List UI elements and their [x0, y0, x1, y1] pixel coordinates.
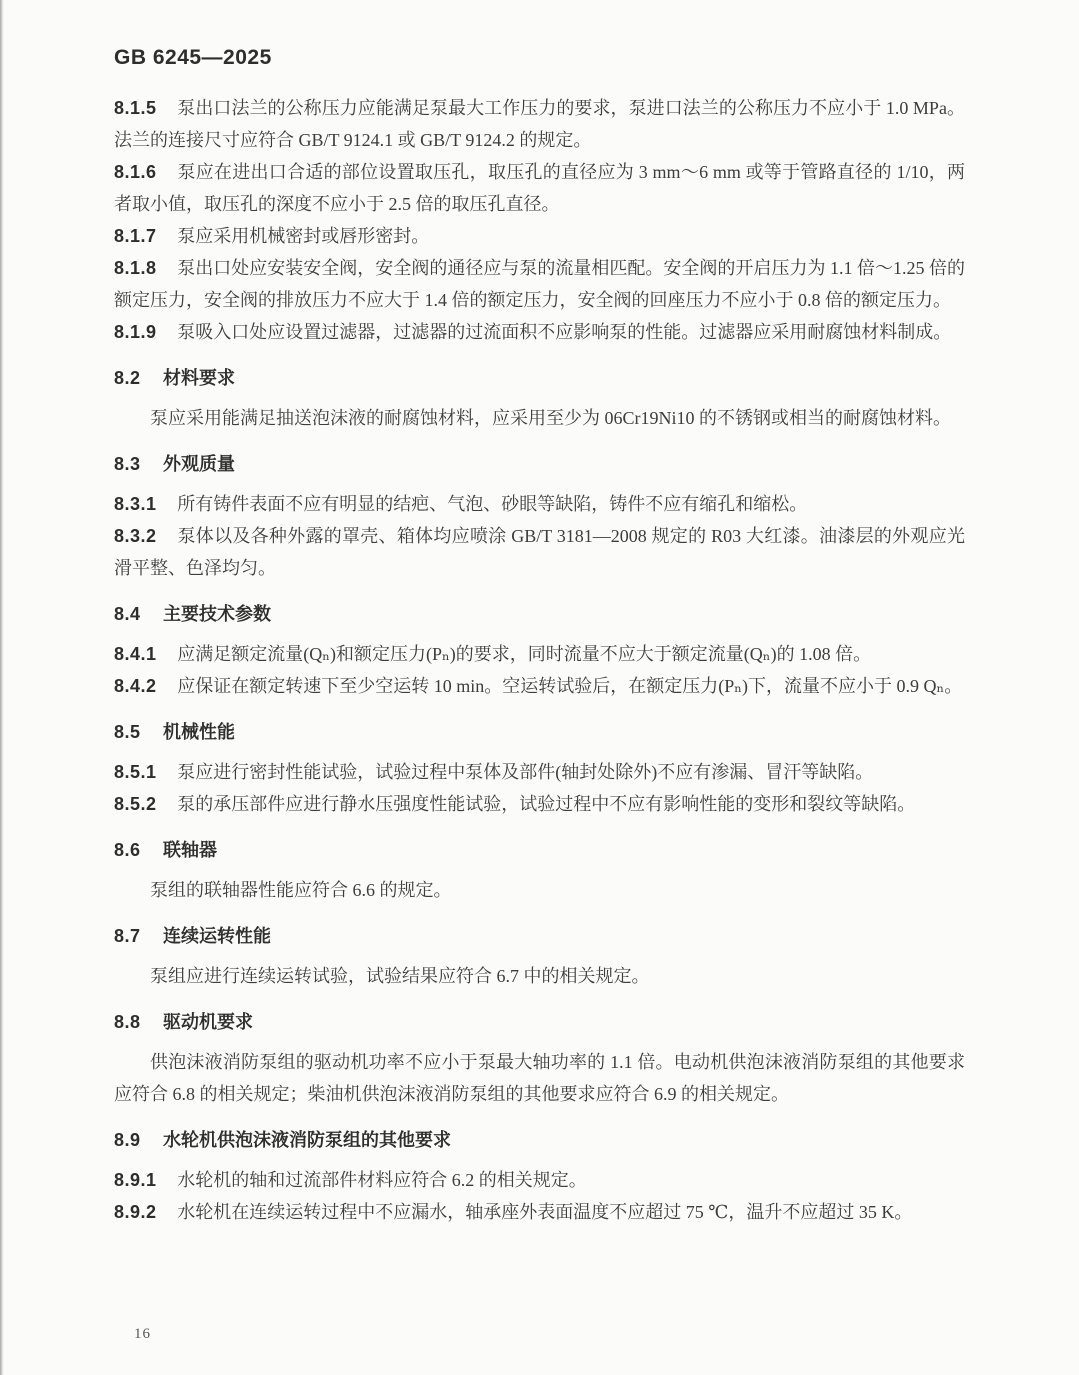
section-number: 8.8 — [114, 1012, 141, 1032]
clause-8.9.2: 8.9.2水轮机在连续运转过程中不应漏水，轴承座外表面温度不应超过 75 ℃，温… — [114, 1196, 965, 1228]
clause-text: 水轮机在连续运转过程中不应漏水，轴承座外表面温度不应超过 75 ℃，温升不应超过… — [177, 1202, 912, 1222]
section-number: 8.3 — [114, 454, 141, 474]
clause-text: 泵体以及各种外露的罩壳、箱体均应喷涂 GB/T 3181—2008 规定的 R0… — [114, 526, 965, 578]
clause-text: 所有铸件表面不应有明显的结疤、气泡、砂眼等缺陷，铸件不应有缩孔和缩松。 — [177, 494, 807, 514]
clause-number: 8.3.1 — [114, 494, 157, 514]
section-title: 材料要求 — [163, 368, 235, 388]
clause-8.5.2: 8.5.2泵的承压部件应进行静水压强度性能试验，试验过程中不应有影响性能的变形和… — [114, 788, 965, 820]
clause-number: 8.1.6 — [114, 162, 157, 182]
clause-number: 8.4.2 — [114, 676, 157, 696]
section-heading-8.2: 8.2材料要求 — [114, 362, 965, 394]
section-heading-8.8: 8.8驱动机要求 — [114, 1006, 965, 1038]
section-title: 主要技术参数 — [163, 604, 271, 624]
section-title: 水轮机供泡沫液消防泵组的其他要求 — [163, 1130, 451, 1150]
clause-8.1.5: 8.1.5泵出口法兰的公称压力应能满足泵最大工作压力的要求，泵进口法兰的公称压力… — [114, 92, 965, 156]
document-page: GB 6245—2025 8.1.5泵出口法兰的公称压力应能满足泵最大工作压力的… — [0, 0, 1079, 1375]
section-number: 8.9 — [114, 1130, 141, 1150]
clause-8.1.6: 8.1.6泵应在进出口合适的部位设置取压孔，取压孔的直径应为 3 mm～6 mm… — [114, 156, 965, 220]
clause-number: 8.3.2 — [114, 526, 157, 546]
clause-number: 8.1.8 — [114, 258, 157, 278]
clause-8.4.1: 8.4.1应满足额定流量(Qₙ)和额定压力(Pₙ)的要求，同时流量不应大于额定流… — [114, 638, 965, 670]
clause-text: 应满足额定流量(Qₙ)和额定压力(Pₙ)的要求，同时流量不应大于额定流量(Qₙ)… — [177, 644, 871, 664]
clause-text: 水轮机的轴和过流部件材料应符合 6.2 的相关规定。 — [177, 1170, 587, 1190]
section-number: 8.5 — [114, 722, 141, 742]
paragraph: 泵组应进行连续运转试验，试验结果应符合 6.7 中的相关规定。 — [114, 960, 965, 992]
clause-8.4.2: 8.4.2应保证在额定转速下至少空运转 10 min。空运转试验后，在额定压力(… — [114, 670, 965, 702]
clause-number: 8.9.2 — [114, 1202, 157, 1222]
paragraph: 泵组的联轴器性能应符合 6.6 的规定。 — [114, 874, 965, 906]
clause-8.3.1: 8.3.1所有铸件表面不应有明显的结疤、气泡、砂眼等缺陷，铸件不应有缩孔和缩松。 — [114, 488, 965, 520]
standard-number: GB 6245—2025 — [114, 46, 965, 70]
clause-text: 应保证在额定转速下至少空运转 10 min。空运转试验后，在额定压力(Pₙ)下，… — [177, 676, 962, 696]
paragraph: 供泡沫液消防泵组的驱动机功率不应小于泵最大轴功率的 1.1 倍。电动机供泡沫液消… — [114, 1046, 965, 1110]
clause-number: 8.5.2 — [114, 794, 157, 814]
clause-text: 泵出口处应安装安全阀，安全阀的通径应与泵的流量相匹配。安全阀的开启压力为 1.1… — [114, 258, 965, 310]
section-title: 机械性能 — [163, 722, 235, 742]
paragraph: 泵应采用能满足抽送泡沫液的耐腐蚀材料，应采用至少为 06Cr19Ni10 的不锈… — [114, 402, 965, 434]
clause-number: 8.1.7 — [114, 226, 157, 246]
document-body: 8.1.5泵出口法兰的公称压力应能满足泵最大工作压力的要求，泵进口法兰的公称压力… — [114, 92, 965, 1228]
section-title: 外观质量 — [163, 454, 235, 474]
clause-text: 泵应进行密封性能试验，试验过程中泵体及部件(轴封处除外)不应有渗漏、冒汗等缺陷。 — [177, 762, 873, 782]
section-number: 8.7 — [114, 926, 141, 946]
section-number: 8.2 — [114, 368, 141, 388]
clause-8.9.1: 8.9.1水轮机的轴和过流部件材料应符合 6.2 的相关规定。 — [114, 1164, 965, 1196]
section-number: 8.6 — [114, 840, 141, 860]
clause-number: 8.4.1 — [114, 644, 157, 664]
section-heading-8.3: 8.3外观质量 — [114, 448, 965, 480]
section-title: 连续运转性能 — [163, 926, 271, 946]
clause-8.1.9: 8.1.9泵吸入口处应设置过滤器，过滤器的过流面积不应影响泵的性能。过滤器应采用… — [114, 316, 965, 348]
clause-text: 泵出口法兰的公称压力应能满足泵最大工作压力的要求，泵进口法兰的公称压力不应小于 … — [114, 98, 965, 150]
clause-8.1.7: 8.1.7泵应采用机械密封或唇形密封。 — [114, 220, 965, 252]
clause-number: 8.9.1 — [114, 1170, 157, 1190]
section-title: 联轴器 — [163, 840, 217, 860]
clause-8.5.1: 8.5.1泵应进行密封性能试验，试验过程中泵体及部件(轴封处除外)不应有渗漏、冒… — [114, 756, 965, 788]
clause-number: 8.1.9 — [114, 322, 157, 342]
section-number: 8.4 — [114, 604, 141, 624]
scan-left-edge — [0, 0, 4, 1375]
section-heading-8.5: 8.5机械性能 — [114, 716, 965, 748]
clause-8.1.8: 8.1.8泵出口处应安装安全阀，安全阀的通径应与泵的流量相匹配。安全阀的开启压力… — [114, 252, 965, 316]
clause-text: 泵应在进出口合适的部位设置取压孔，取压孔的直径应为 3 mm～6 mm 或等于管… — [114, 162, 965, 214]
section-heading-8.4: 8.4主要技术参数 — [114, 598, 965, 630]
clause-text: 泵应采用机械密封或唇形密封。 — [177, 226, 429, 246]
clause-text: 泵吸入口处应设置过滤器，过滤器的过流面积不应影响泵的性能。过滤器应采用耐腐蚀材料… — [177, 322, 951, 342]
page-number: 16 — [134, 1326, 151, 1343]
section-heading-8.9: 8.9水轮机供泡沫液消防泵组的其他要求 — [114, 1124, 965, 1156]
section-heading-8.7: 8.7连续运转性能 — [114, 920, 965, 952]
section-title: 驱动机要求 — [163, 1012, 253, 1032]
clause-8.3.2: 8.3.2泵体以及各种外露的罩壳、箱体均应喷涂 GB/T 3181—2008 规… — [114, 520, 965, 584]
clause-number: 8.5.1 — [114, 762, 157, 782]
clause-number: 8.1.5 — [114, 98, 157, 118]
section-heading-8.6: 8.6联轴器 — [114, 834, 965, 866]
clause-text: 泵的承压部件应进行静水压强度性能试验，试验过程中不应有影响性能的变形和裂纹等缺陷… — [177, 794, 915, 814]
